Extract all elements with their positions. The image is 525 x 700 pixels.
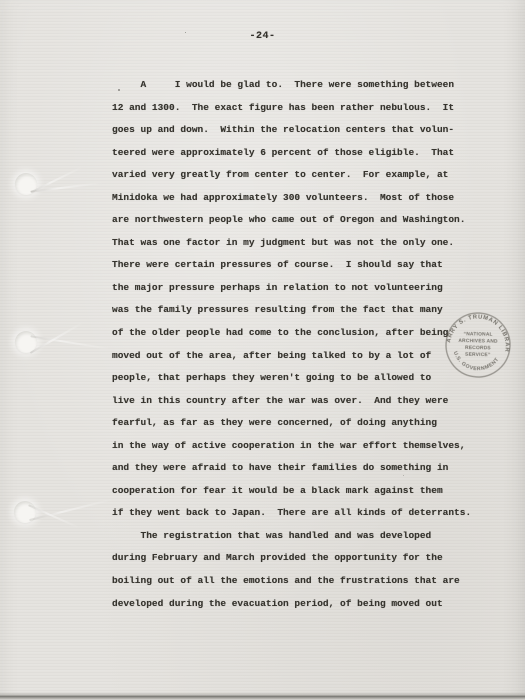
text-line: A I would be glad to. There were somethi… <box>112 74 492 97</box>
stamp-center-line: RECORDS <box>465 345 491 351</box>
text-line: boiling out of all the emotions and the … <box>112 570 492 593</box>
stamp-center-line: SERVICE” <box>465 352 491 358</box>
typewritten-text: A I would be glad to. There were somethi… <box>112 74 492 615</box>
text-line: developed during the evacuation period, … <box>112 593 492 616</box>
text-line: That was one factor in my judgment but w… <box>112 232 492 255</box>
page-bottom-edge <box>0 692 525 700</box>
archives-stamp-icon: HARRY S. TRUMAN LIBRARY U.S. GOVERNMENT … <box>439 306 517 384</box>
text-line: 12 and 1300. The exact figure has been r… <box>112 97 492 120</box>
text-line: goes up and down. Within the relocation … <box>112 119 492 142</box>
text-line: if they went back to Japan. There are al… <box>112 502 492 525</box>
text-line: There were certain pressures of course. … <box>112 254 492 277</box>
document-page: -24- A I would be glad to. There were so… <box>0 0 525 700</box>
text-line: during February and March provided the o… <box>112 547 492 570</box>
ink-speck <box>185 32 186 33</box>
text-line: and they were afraid to have their famil… <box>112 457 492 480</box>
text-line: cooperation for fear it would be a black… <box>112 480 492 503</box>
text-line: the major pressure perhaps in relation t… <box>112 277 492 300</box>
text-line: was the family pressures resulting from … <box>112 299 492 322</box>
text-line: Minidoka we had approximately 300 volunt… <box>112 187 492 210</box>
text-line: teered were approximately 6 percent of t… <box>112 142 492 165</box>
page-number: -24- <box>0 31 525 42</box>
text-line: people, that perhaps they weren't going … <box>112 367 492 390</box>
text-line: The registration that was handled and wa… <box>112 525 492 548</box>
text-line: moved out of the area, after being talke… <box>112 345 492 368</box>
text-line: in the way of active cooperation in the … <box>112 435 492 458</box>
stamp-center-line: “NATIONAL <box>464 331 493 338</box>
text-line: fearful, as far as they were concerned, … <box>112 412 492 435</box>
text-line: live in this country after the war was o… <box>112 390 492 413</box>
ink-speck <box>118 89 120 91</box>
stamp-center-line: ARCHIVES AND <box>458 338 498 345</box>
text-line: of the older people had come to the conc… <box>112 322 492 345</box>
text-line: varied very greatly from center to cente… <box>112 164 492 187</box>
paper-crease <box>29 497 119 521</box>
text-line: are northwestern people who came out of … <box>112 209 492 232</box>
ink-speck <box>403 475 404 476</box>
